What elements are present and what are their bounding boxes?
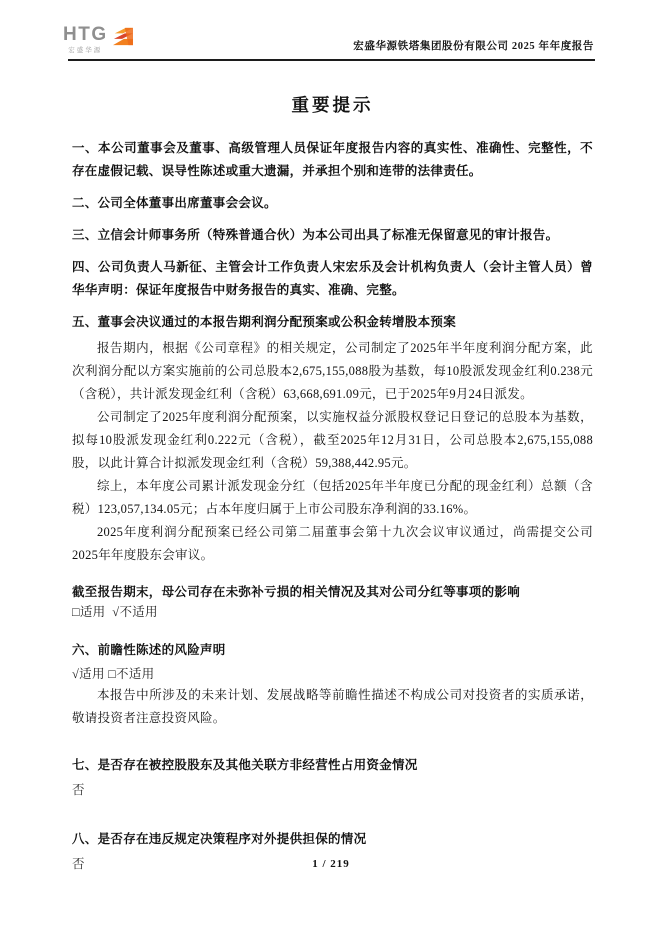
statement-2-directors-attendance: 二、公司全体董事出席董事会会议。 xyxy=(72,192,593,215)
header-doc-title: 宏盛华源铁塔集团股份有限公司 2025 年年度报告 xyxy=(353,38,594,54)
page-header: HTG 宏盛华源 宏盛华源铁塔集团股份有限公司 2025 年年度报告 xyxy=(0,0,662,59)
statement-1-board-guarantee: 一、本公司董事会及董事、高级管理人员保证年度报告内容的真实性、准确性、完整性，不… xyxy=(72,137,593,183)
subheading-uncovered-losses: 截至报告期末，母公司存在未弥补亏损的相关情况及其对公司分红等事项的影响 xyxy=(72,582,593,602)
header-rule xyxy=(68,59,595,61)
para-annual-dividend-plan: 公司制定了2025年度利润分配预案，以实施权益分派股权登记日登记的总股本为基数，… xyxy=(72,406,593,475)
para-interim-dividend: 报告期内，根据《公司章程》的相关规定，公司制定了2025年半年度利润分配方案，此… xyxy=(72,337,593,406)
annual-report-page: HTG 宏盛华源 宏盛华源铁塔集团股份有限公司 2025 年年度报告 重要提示 … xyxy=(0,0,662,936)
section-5-heading-profit-distribution: 五、董事会决议通过的本报告期利润分配预案或公积金转增股本预案 xyxy=(72,311,593,334)
page-number: 1 / 219 xyxy=(0,858,662,870)
document-body: 重要提示 一、本公司董事会及董事、高级管理人员保证年度报告内容的真实性、准确性、… xyxy=(0,94,662,876)
statement-4-financial-declaration: 四、公司负责人马新征、主管会计工作负责人宋宏乐及会计机构负责人（会计主管人员）曾… xyxy=(72,256,593,302)
statement-3-audit-report: 三、立信会计师事务所（特殊普通合伙）为本公司出具了标准无保留意见的审计报告。 xyxy=(72,224,593,247)
para-cumulative-dividend: 综上，本年度公司累计派发现金分红（包括2025年半年度已分配的现金红利）总额（含… xyxy=(72,475,593,521)
page-title: 重要提示 xyxy=(72,94,593,116)
applicability-line-uncovered-losses: □适用 √不适用 xyxy=(72,602,593,622)
company-logo: HTG 宏盛华源 xyxy=(63,26,134,54)
logo-subtext: 宏盛华源 xyxy=(68,45,102,54)
logo-text: HTG xyxy=(63,26,108,43)
logo-text-block: HTG 宏盛华源 xyxy=(63,26,108,54)
applicability-line-forward-looking: √适用 □不适用 xyxy=(72,664,593,684)
para-approval-status: 2025年度利润分配预案已经公司第二届董事会第十九次会议审议通过，尚需提交公司2… xyxy=(72,521,593,567)
section-8-heading-guarantees: 八、是否存在违反规定决策程序对外提供担保的情况 xyxy=(72,828,593,851)
para-forward-looking-risk: 本报告中所涉及的未来计划、发展战略等前瞻性描述不构成公司对投资者的实质承诺，敬请… xyxy=(72,684,593,730)
section-7-heading-fund-occupation: 七、是否存在被控股股东及其他关联方非经营性占用资金情况 xyxy=(72,754,593,777)
tower-emblem-icon xyxy=(112,27,134,47)
section-6-heading-forward-looking: 六、前瞻性陈述的风险声明 xyxy=(72,639,593,662)
answer-7-no: 否 xyxy=(72,779,593,802)
